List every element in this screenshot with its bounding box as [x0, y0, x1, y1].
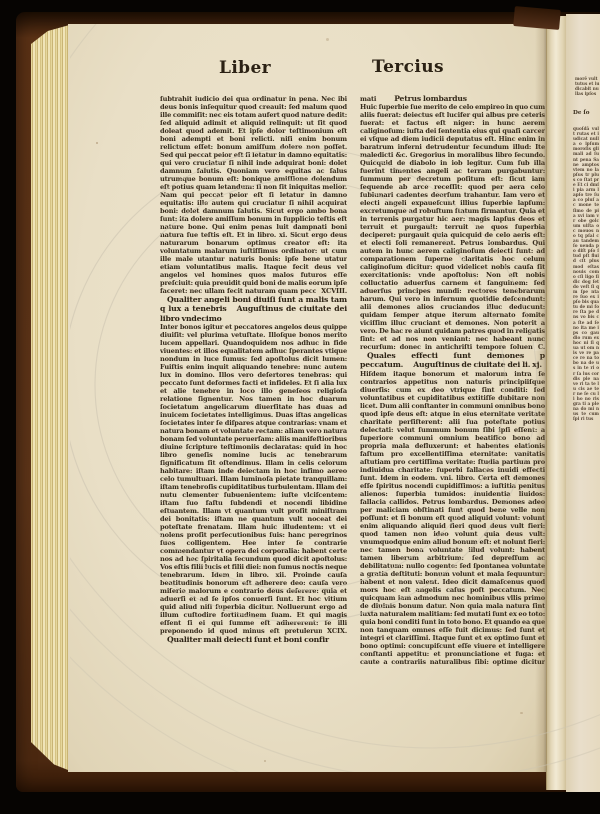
- book-photo: Liber Tercius ſubtrahit iudicio dei qua …: [0, 0, 600, 814]
- paragraph-text: Inter bonos igitur et peccatores angelos…: [160, 323, 347, 635]
- catchword: mati: [360, 95, 378, 103]
- text-column-right: matiPetrus lombardus Huic ſuperbie ſue m…: [360, 95, 545, 666]
- paragraph-demones: Hiſdem itaque bonorum et malorum intra ſ…: [360, 370, 545, 666]
- paragraph-de-civitate: Inter bonos igitur et peccatores angelos…: [160, 323, 347, 635]
- running-header-left: Liber: [219, 58, 271, 78]
- chapter-number: XCVIII.: [316, 287, 347, 295]
- next-page-text-fragment: morē vult tutus et iudicabit nullas ipſo…: [575, 76, 600, 108]
- next-page-strip: morē vult tutus et iudicabit nullas ipſo…: [566, 14, 600, 792]
- gutter-shadow: [535, 24, 546, 772]
- foxing-spot: [520, 712, 523, 714]
- chapter-heading: Quales effecti ſunt demones p peccatum.A…: [360, 351, 545, 370]
- source-label: Petrus lombardus: [378, 95, 467, 103]
- book-page: Liber Tercius ſubtrahit iudicio dei qua …: [68, 24, 546, 772]
- chapter-heading: Qualiter angeli boni diuiſi ſunt a malis…: [160, 295, 347, 323]
- paragraph-text: ſubtrahit iudicio dei qua ordinatur in p…: [160, 95, 347, 295]
- next-page-text-column: quoſdā vult rutas et iudicat nulla o ipſ…: [573, 126, 599, 776]
- next-page-heading-fragment: De ſo: [573, 110, 600, 116]
- chapter-heading-source: Auguſtinus de ciuitate dei li. xj.: [403, 360, 542, 369]
- paragraph-augustinus: ſubtrahit iudicio dei qua ordinatur in p…: [160, 95, 347, 295]
- paragraph-lombardus: matiPetrus lombardus Huic ſuperbie ſue m…: [360, 95, 545, 351]
- binding-corner: [513, 6, 561, 30]
- paragraph-text: Hiſdem itaque bonorum et malorum intra ſ…: [360, 370, 545, 666]
- fore-edge-pages: [31, 24, 73, 772]
- foxing-spot: [326, 38, 329, 41]
- right-page-edges: [546, 16, 567, 790]
- chapter-heading-catchline: Qualiter mali deiecti ſunt et boni confi…: [160, 635, 347, 646]
- chapter-number: XCIX.: [322, 627, 347, 635]
- foxing-spot: [264, 760, 266, 762]
- running-header-right: Tercius: [372, 57, 444, 77]
- foxing-spot: [96, 142, 98, 144]
- text-column-left: ſubtrahit iudicio dei qua ordinatur in p…: [160, 95, 347, 646]
- paragraph-text: Huic ſuperbie ſue merito de celo empireo…: [360, 103, 545, 351]
